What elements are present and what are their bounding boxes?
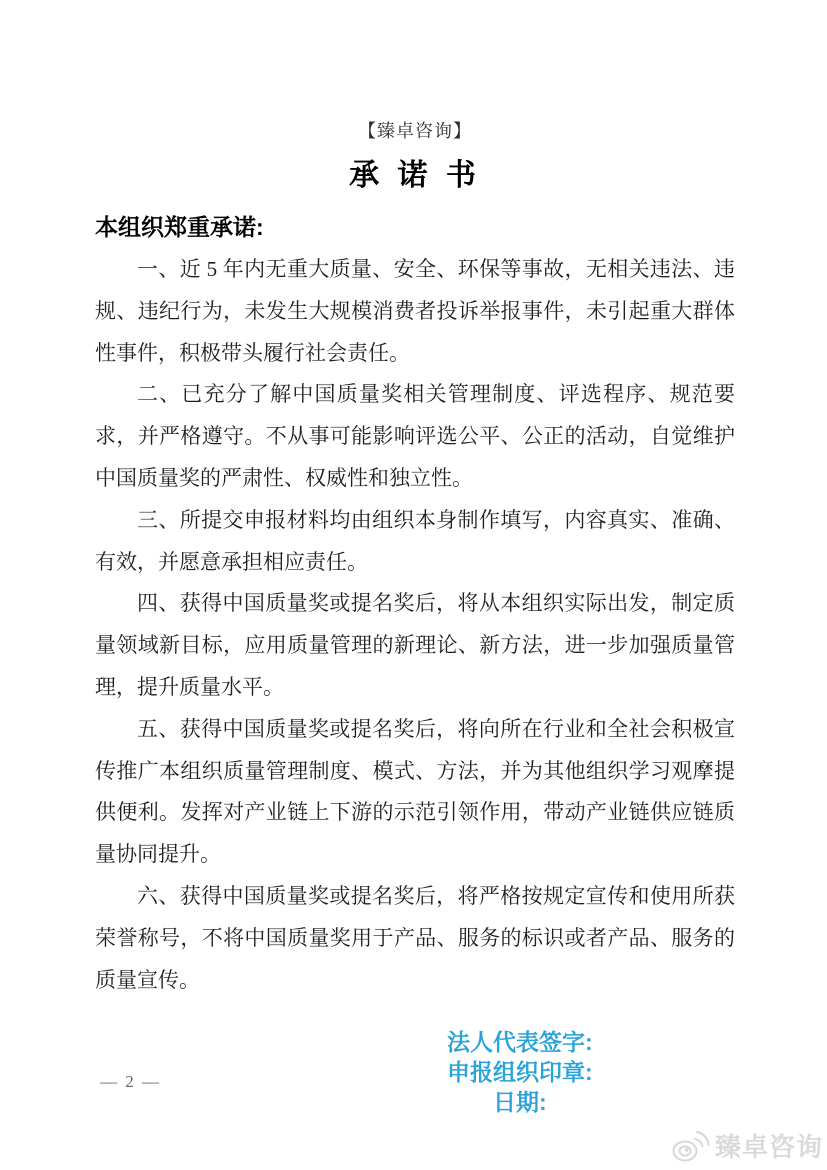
paragraph-4: 四、获得中国质量奖或提名奖后，将从本组织实际出发，制定质量领域新目标，应用质量管… (95, 583, 735, 708)
page-number: — 2 — (100, 1072, 161, 1092)
paragraph-6: 六、获得中国质量奖或提名奖后，将严格按规定宣传和使用所获荣誉称号，不将中国质量奖… (95, 876, 735, 1001)
paragraph-1: 一、近 5 年内无重大质量、安全、环保等事故，无相关违法、违规、违纪行为，未发生… (95, 249, 735, 374)
legal-representative-signature-label: 法人代表签字: (447, 1027, 593, 1057)
watermark-text: 臻卓咨询 (715, 1127, 823, 1164)
weibo-icon (669, 1126, 711, 1164)
document-content: 【臻卓咨询】 承 诺 书 本组织郑重承诺: 一、近 5 年内无重大质量、安全、环… (95, 0, 735, 1117)
letterhead-brand: 【臻卓咨询】 (95, 117, 735, 143)
paragraph-3: 三、所提交申报材料均由组织本身制作填写，内容真实、准确、有效，并愿意承担相应责任… (95, 500, 735, 584)
paragraph-2: 二、已充分了解中国质量奖相关管理制度、评选程序、规范要求，并严格遵守。不从事可能… (95, 374, 735, 499)
intro-line: 本组织郑重承诺: (95, 209, 735, 242)
commitment-body: 一、近 5 年内无重大质量、安全、环保等事故，无相关违法、违规、违纪行为，未发生… (95, 249, 735, 1001)
signature-block: 法人代表签字: 申报组织印章: 日期: (447, 1027, 593, 1117)
page-title: 承 诺 书 (95, 150, 735, 194)
document-page: 【臻卓咨询】 承 诺 书 本组织郑重承诺: 一、近 5 年内无重大质量、安全、环… (0, 0, 827, 1170)
watermark: 臻卓咨询 (669, 1126, 823, 1164)
applicant-org-seal-label: 申报组织印章: (447, 1057, 593, 1087)
date-label: 日期: (447, 1087, 593, 1117)
paragraph-5: 五、获得中国质量奖或提名奖后，将向所在行业和全社会积极宣传推广本组织质量管理制度… (95, 709, 735, 876)
